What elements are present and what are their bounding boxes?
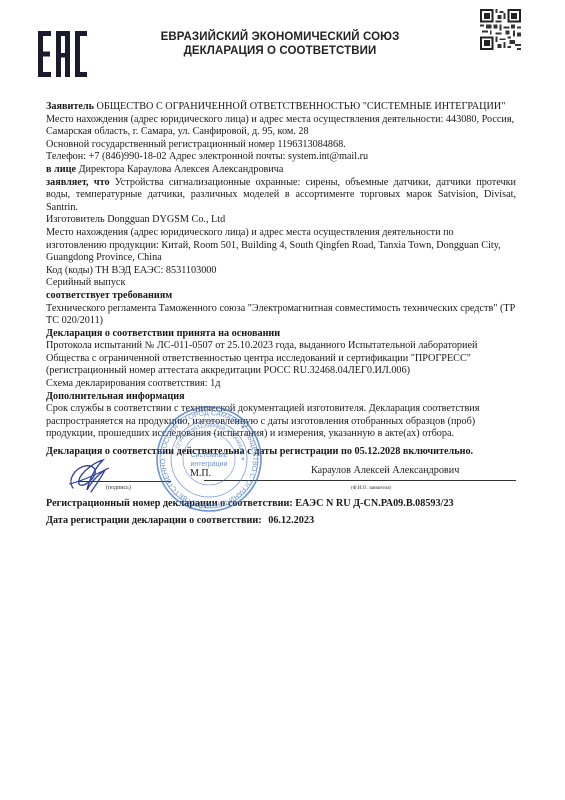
union-title: ЕВРАЗИЙСКИЙ ЭКОНОМИЧЕСКИЙ СОЮЗ [140,30,420,44]
seal-label: М.П. [190,468,211,481]
applicant-name: ОБЩЕСТВО С ОГРАНИЧЕННОЙ ОТВЕТСТВЕННОСТЬЮ… [94,101,505,112]
basis-heading: Декларация о соответствии принята на осн… [46,328,516,341]
declaration-body: Заявитель ОБЩЕСТВО С ОГРАНИЧЕННОЙ ОТВЕТС… [46,101,516,528]
registration-date-label: Дата регистрации декларации о соответств… [46,515,262,526]
name-line [204,480,516,481]
name-caption: (Ф.И.О. заявителя) [351,483,391,496]
declaration-scheme: Схема декларирования соответствия: 1д [46,378,516,391]
tn-ved-code: Код (коды) ТН ВЭД ЕАЭС: 8531103000 [46,265,516,278]
document-header: ЕВРАЗИЙСКИЙ ЭКОНОМИЧЕСКИЙ СОЮЗ ДЕКЛАРАЦИ… [140,30,420,58]
represented-label: в лице [46,164,76,175]
declares-label: заявляет, что [46,177,110,188]
compliance-text: Технического регламента Таможенного союз… [46,303,516,328]
eac-logo [38,31,88,77]
applicant-label: Заявитель [46,101,94,112]
additional-text: Срок службы в соответствии с технической… [46,403,516,441]
registration-date-value: 06.12.2023 [268,515,314,526]
qr-code-icon [480,8,521,51]
registration-number: Регистрационный номер декларации о соотв… [46,498,516,511]
declares: заявляет, что Устройства сигнализационны… [46,177,516,215]
basis-text: Протокола испытаний № ЛС-011-0507 от 25.… [46,340,516,378]
manufacturer-name: Изготовитель Dongguan DYGSM Co., Ltd [46,214,516,227]
compliance-heading: соответствует требованиям [46,290,516,303]
signature-block: (подпись) М.П. Караулов Алексей Александ… [46,460,516,498]
signer-name: Караулов Алексей Александрович [311,465,459,478]
representative: Директора Караулова Алексея Александрови… [76,164,283,175]
additional-heading: Дополнительная информация [46,391,516,404]
applicant-ogrn: Основной государственный регистрационный… [46,139,516,152]
registration-date: Дата регистрации декларации о соответств… [46,515,516,528]
product-description: Устройства сигнализационные охранные: си… [46,177,516,213]
registration-number-value: ЕАЭС N RU Д-CN.РА09.В.08593/23 [295,498,453,509]
signature-caption: (подпись) [106,482,131,495]
applicant-address: Место нахождения (адрес юридического лиц… [46,114,516,139]
applicant-contacts: Телефон: +7 (846)990-18-02 Адрес электро… [46,151,516,164]
applicant-section: Заявитель ОБЩЕСТВО С ОГРАНИЧЕННОЙ ОТВЕТС… [46,101,516,114]
document-title: ДЕКЛАРАЦИЯ О СООТВЕТСТВИИ [140,44,420,58]
production-type: Серийный выпуск [46,277,516,290]
registration-number-label: Регистрационный номер декларации о соотв… [46,498,293,509]
represented-by: в лице Директора Караулова Алексея Алекс… [46,164,516,177]
validity-statement: Декларация о соответствии действительна … [46,446,516,459]
manufacturer-address: Место нахождения (адрес юридического лиц… [46,227,516,265]
